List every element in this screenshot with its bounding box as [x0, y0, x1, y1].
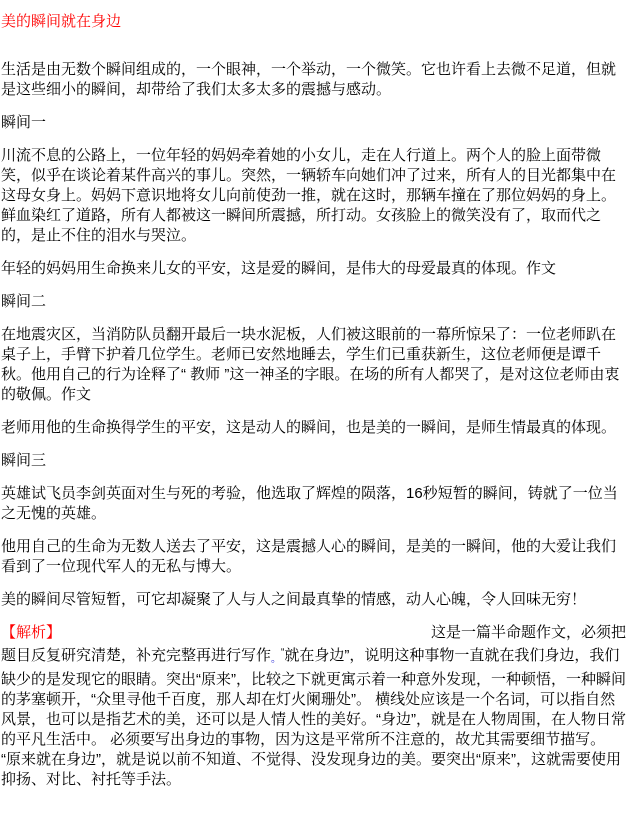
- intro-paragraph: 生活是由无数个瞬间组成的，一个眼神，一个举动，一个微笑。它也许看上去微不足道，但…: [1, 60, 629, 100]
- essay-document: 美的瞬间就在身边 生活是由无数个瞬间组成的，一个眼神，一个举动，一个微笑。它也许…: [0, 0, 630, 813]
- analysis-label: 【解析】: [1, 624, 61, 641]
- moment-1-story: 川流不息的公路上，一位年轻的妈妈牵着她的小女儿，走在人行道上。两个人的脸上面带微…: [1, 146, 629, 246]
- analysis-body-text: 就在身边”，说明这种事物一直就在我们身边，我们缺少的是发现它的眼睛。突出“原来”…: [1, 647, 626, 788]
- conclusion-paragraph: 美的瞬间尽管短暂，可它却凝聚了人与人之间最真挚的情感，动人心魄，令人回味无穷！: [1, 590, 629, 610]
- moment-2-story: 在地震灾区，当消防队员翻开最后一块水泥板，人们被这眼前的一幕所惊呆了：一位老师趴…: [1, 325, 629, 405]
- moment-2-comment: 老师用他的生命换得学生的平安，这是动人的瞬间，也是美的一瞬间，是师生情最真的体现…: [1, 418, 629, 438]
- moment-3-story: 英雄试飞员李剑英面对生与死的考验，他选取了辉煌的陨落，16秒短暂的瞬间，铸就了一…: [1, 484, 629, 524]
- essay-title: 美的瞬间就在身边: [1, 12, 629, 32]
- heading-moment-3: 瞬间三: [1, 451, 629, 471]
- analysis-small-period: 。: [271, 654, 281, 665]
- analysis-spacer: [61, 636, 431, 637]
- analysis-paragraph: 【解析】这是一篇半命题作文，必须把题目反复研究清楚，补充完整再进行写作。“就在身…: [1, 623, 629, 790]
- moment-3-comment: 他用自己的生命为无数人送去了平安，这是震撼人心的瞬间，是美的一瞬间，他的大爱让我…: [1, 537, 629, 577]
- heading-moment-2: 瞬间二: [1, 292, 629, 312]
- heading-moment-1: 瞬间一: [1, 113, 629, 133]
- moment-1-comment: 年轻的妈妈用生命换来儿女的平安，这是爱的瞬间，是伟大的母爱最真的体现。作文: [1, 259, 629, 279]
